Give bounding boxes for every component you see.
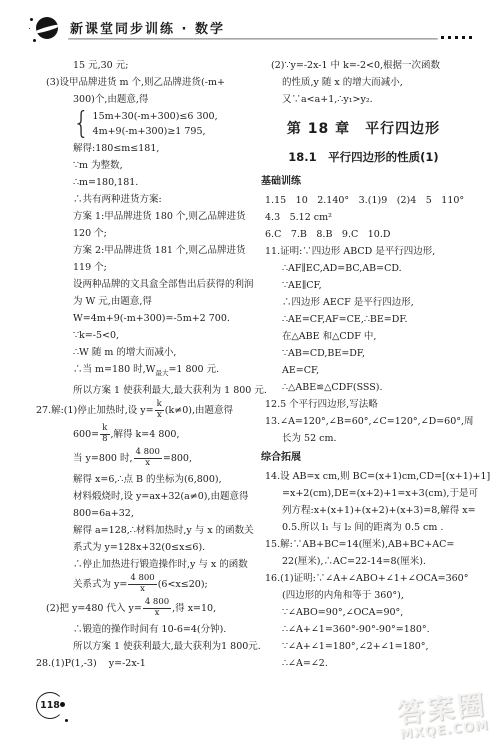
- text-line: 关系式为 y=4 800x(6<x≤20);: [33, 573, 250, 597]
- text-line: ∴AF∥EC,AD=BC,AB=CD.: [255, 260, 472, 277]
- text-line: 为 W 元,由题意,得: [33, 293, 250, 310]
- text-line: (四边形的内角和等于 360°),: [255, 587, 472, 604]
- equation-system: {15m+30(-m+300)≤6 300,4m+9(-m+300)≥1 795…: [33, 109, 250, 139]
- text-line: 15.解:∵AB+BC=14(厘米),AB+BC+AC=: [255, 536, 472, 553]
- text-line: 所以方案 1 使获利最大,最大获利为1 800元.: [33, 638, 250, 655]
- text-line: 11.证明:∵四边形 ABCD 是平行四边形,: [255, 243, 472, 260]
- text-line: 1.15 10 2.140° 3.(1)9 (2)4 5 110°: [255, 192, 472, 209]
- left-column: 15 元,30 元;(3)设甲品牌进货 m 个,则乙品牌进货(-m+300)个,…: [33, 57, 250, 672]
- text-line: ∴停止加热进行锻造操作时,y 与 x 的函数: [33, 556, 250, 573]
- fraction: k8: [100, 424, 109, 445]
- text-line: 119 个;: [33, 259, 250, 276]
- text-line: 方案 1:甲品牌进货 180 个,则乙品牌进货: [33, 208, 250, 225]
- text-line: ∴∠A=∠2.: [255, 655, 472, 672]
- h2-line: 18.1 平行四边形的性质(1): [255, 146, 472, 168]
- text-line: ∴四边形 AECF 是平行四边形,: [255, 294, 472, 311]
- brace: {: [73, 107, 90, 142]
- watermark: 答案圈 MXQE.COM: [396, 691, 490, 742]
- text-line: (2)∵y=-2x-1 中 k=-2<0,根据一次函数: [255, 57, 472, 74]
- text-line: ∵AE∥CF,: [255, 277, 472, 294]
- fraction: 4 800x: [143, 598, 171, 619]
- text-line: 300)个,由题意,得: [33, 91, 250, 108]
- h1-line: 第 18 章 平行四边形: [255, 117, 472, 141]
- text-line: AE=CF,: [255, 362, 472, 379]
- book-title: 新课堂同步训练 · 数学: [70, 18, 225, 37]
- system-row: 15m+30(-m+300)≤6 300,: [93, 111, 218, 122]
- header-dots: [441, 36, 472, 39]
- text-line: W=4m+9(-m+300)=-5m+2 700.: [33, 310, 250, 327]
- text-line: 6.C 7.B 8.B 9.C 10.D: [255, 226, 472, 243]
- text-line: =x+2(cm),DE=(x+2)+1=x+3(cm),于是可: [255, 485, 472, 502]
- text-line: 28.(1)P(1,-3) y=-2x-1: [33, 655, 250, 672]
- text-line: 当 y=800 时,4 800x=800,: [33, 447, 250, 471]
- text-line: 的性质,y 随 x 的增大而减小,: [255, 74, 472, 91]
- text-line: 22(厘米),∴AC=22-14=8(厘米).: [255, 553, 472, 570]
- text-line: 600=k8,解得 k=4 800,: [33, 423, 250, 447]
- text-line: (3)设甲品牌进货 m 个,则乙品牌进货(-m+: [33, 74, 250, 91]
- page-number-badge: 118: [36, 692, 64, 719]
- text-line: ∴AE=CF,AF=CE,∴BE=DF.: [255, 311, 472, 328]
- text-line: 解得:180≤m≤181,: [33, 140, 250, 157]
- text-line: 120 个;: [33, 225, 250, 242]
- text-line: ∴∠A+∠1=360°-90°-90°=180°.: [255, 621, 472, 638]
- text-line: ∵∠ABO=90°,∠OCA=90°,: [255, 604, 472, 621]
- dot: [455, 36, 458, 39]
- text-line: 0.5.所以 l₁ 与 l₂ 间的距离为 0.5 cm .: [255, 519, 472, 536]
- fraction: 4 800x: [134, 448, 162, 469]
- text-line: 所以方案 1 使获利最大,最大获利为 1 800 元.: [33, 382, 250, 399]
- text-line: ∴m=180,181.: [33, 174, 250, 191]
- dot: [462, 36, 465, 39]
- text-line: 27.解:(1)停止加热时,设 y=kx(k≠0),由题意得: [33, 399, 250, 423]
- right-column: (2)∵y=-2x-1 中 k=-2<0,根据一次函数的性质,y 随 x 的增大…: [255, 57, 472, 672]
- text-line: ∴当 m=180 时,W最大=1 800 元.: [33, 361, 250, 382]
- dot: [448, 36, 451, 39]
- text-line: 12.5 个平行四边形,写法略: [255, 396, 472, 413]
- text-line: 15 元,30 元;: [33, 57, 250, 74]
- page-number: 118: [40, 700, 60, 711]
- page-header: 新课堂同步训练 · 数学: [0, 14, 500, 44]
- text-line: 13.∠A=120°,∠B=60°,∠C=120°,∠D=60°,周: [255, 413, 472, 430]
- fraction: kx: [155, 400, 164, 421]
- dot: [469, 36, 472, 39]
- text-line: 解得 a=128,∴材料加热时,y 与 x 的函数关: [33, 522, 250, 539]
- text-line: ∴锻造的操作时间有 10-6=4(分钟).: [33, 621, 250, 638]
- text-line: ∴W 随 m 的增大而减小,: [33, 344, 250, 361]
- text-line: ∵m 为整数,: [33, 157, 250, 174]
- brand-logo-icon: [36, 17, 60, 41]
- text-line: 又∵a<a+1,∴y₁>y₂.: [255, 91, 472, 108]
- label-line: 综合拓展: [255, 447, 472, 468]
- text-line: 14.设 AB=x cm,则 BC=(x+1)cm,CD=[(x+1)+1]: [255, 468, 472, 485]
- label-line: 基础训练: [255, 171, 472, 192]
- text-line: 方案 2:甲品牌进货 181 个,则乙品牌进货: [33, 242, 250, 259]
- fraction: 4 800x: [128, 574, 156, 595]
- text-line: 长为 52 cm.: [255, 430, 472, 447]
- text-line: 解得 x=6,∴点 B 的坐标为(6,800),: [33, 471, 250, 488]
- text-line: (2)把 y=480 代入 y=4 800x,得 x=10,: [33, 597, 250, 621]
- text-line: 在△ABE 和△CDF 中,: [255, 328, 472, 345]
- text-line: ∵AB=CD,BE=DF,: [255, 345, 472, 362]
- text-line: 800=6a+32,: [33, 505, 250, 522]
- system-row: 4m+9(-m+300)≥1 795,: [93, 126, 218, 137]
- dot: [441, 36, 444, 39]
- text-line: 系式为 y=128x+32(0≤x≤6).: [33, 539, 250, 556]
- header-rule: [68, 38, 438, 40]
- text-line: ∵∠A+∠1=180°,∠2+∠1=180°,: [255, 638, 472, 655]
- text-line: 材料煅烧时,设 y=ax+32(a≠0),由题意得: [33, 488, 250, 505]
- text-line: 4.3 5.12 cm²: [255, 209, 472, 226]
- text-line: ∵k=-5<0,: [33, 327, 250, 344]
- text-line: ∴共有两种进货方案:: [33, 191, 250, 208]
- text-line: 16.(1)证明:∵∠A+∠ABO+∠1+∠OCA=360°: [255, 570, 472, 587]
- text-line: 列方程:x+(x+1)+(x+2)+(x+3)=8,解得 x=: [255, 502, 472, 519]
- text-line: ∴△ABE≌△CDF(SSS).: [255, 379, 472, 396]
- text-line: 设两种品牌的文具盒全部售出后获得的利润: [33, 276, 250, 293]
